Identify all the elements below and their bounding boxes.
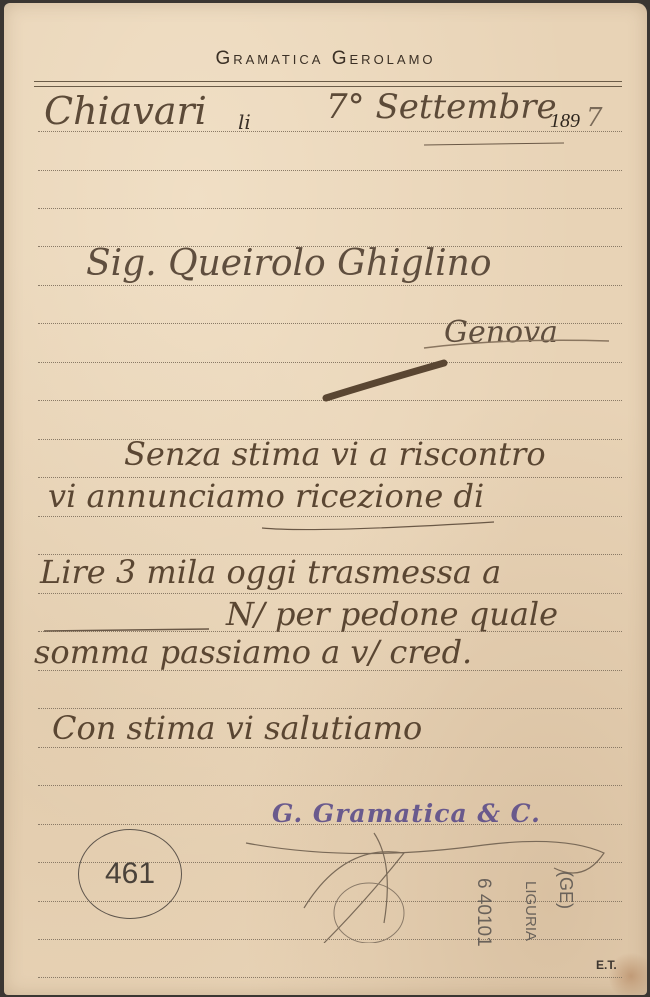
body-line-6: Con stima vi salutiamo	[52, 709, 422, 747]
ruled-line	[38, 208, 622, 209]
ruled-line	[38, 362, 622, 363]
ruled-line	[38, 285, 622, 286]
ruled-line	[38, 400, 622, 401]
letterhead-title: Gramatica Gerolamo	[4, 48, 647, 70]
printed-year: 189	[550, 110, 580, 133]
pencil-note-code: 6 40101	[472, 878, 494, 947]
pencil-note-region: LIGURIA	[522, 881, 539, 941]
ruled-line	[38, 516, 622, 517]
ruled-line	[38, 747, 622, 748]
ruled-line	[38, 593, 622, 594]
addressee-city: Genova	[444, 315, 558, 350]
corner-initials: E.T.	[596, 958, 617, 972]
body-line-4: N/ per pedone quale	[226, 595, 558, 633]
ruled-line	[38, 170, 622, 171]
date-connector: li	[238, 110, 251, 134]
addressee-name: Sig. Queirolo Ghiglino	[86, 243, 492, 284]
body-line-2: vi annunciamo ricezione di	[48, 477, 484, 515]
place-text: Chiavari	[44, 89, 207, 133]
handwritten-year-digit: 7	[586, 103, 603, 133]
body-line-3: Lire 3 mila oggi trasmessa a	[40, 553, 501, 591]
circled-number-text: 461	[105, 857, 155, 891]
date-text: 7° Settembre	[326, 87, 557, 127]
ruled-line	[38, 977, 622, 978]
pencil-note-province: (GE)	[555, 871, 576, 909]
circled-number: 461	[78, 829, 182, 919]
body-line-1: Senza stima vi a riscontro	[124, 435, 546, 473]
ruled-line	[38, 785, 622, 786]
body-line-5: somma passiamo a v/ cred.	[34, 633, 472, 671]
letter-card: Gramatica Gerolamo Chiavari li 7° Settem…	[4, 3, 647, 995]
